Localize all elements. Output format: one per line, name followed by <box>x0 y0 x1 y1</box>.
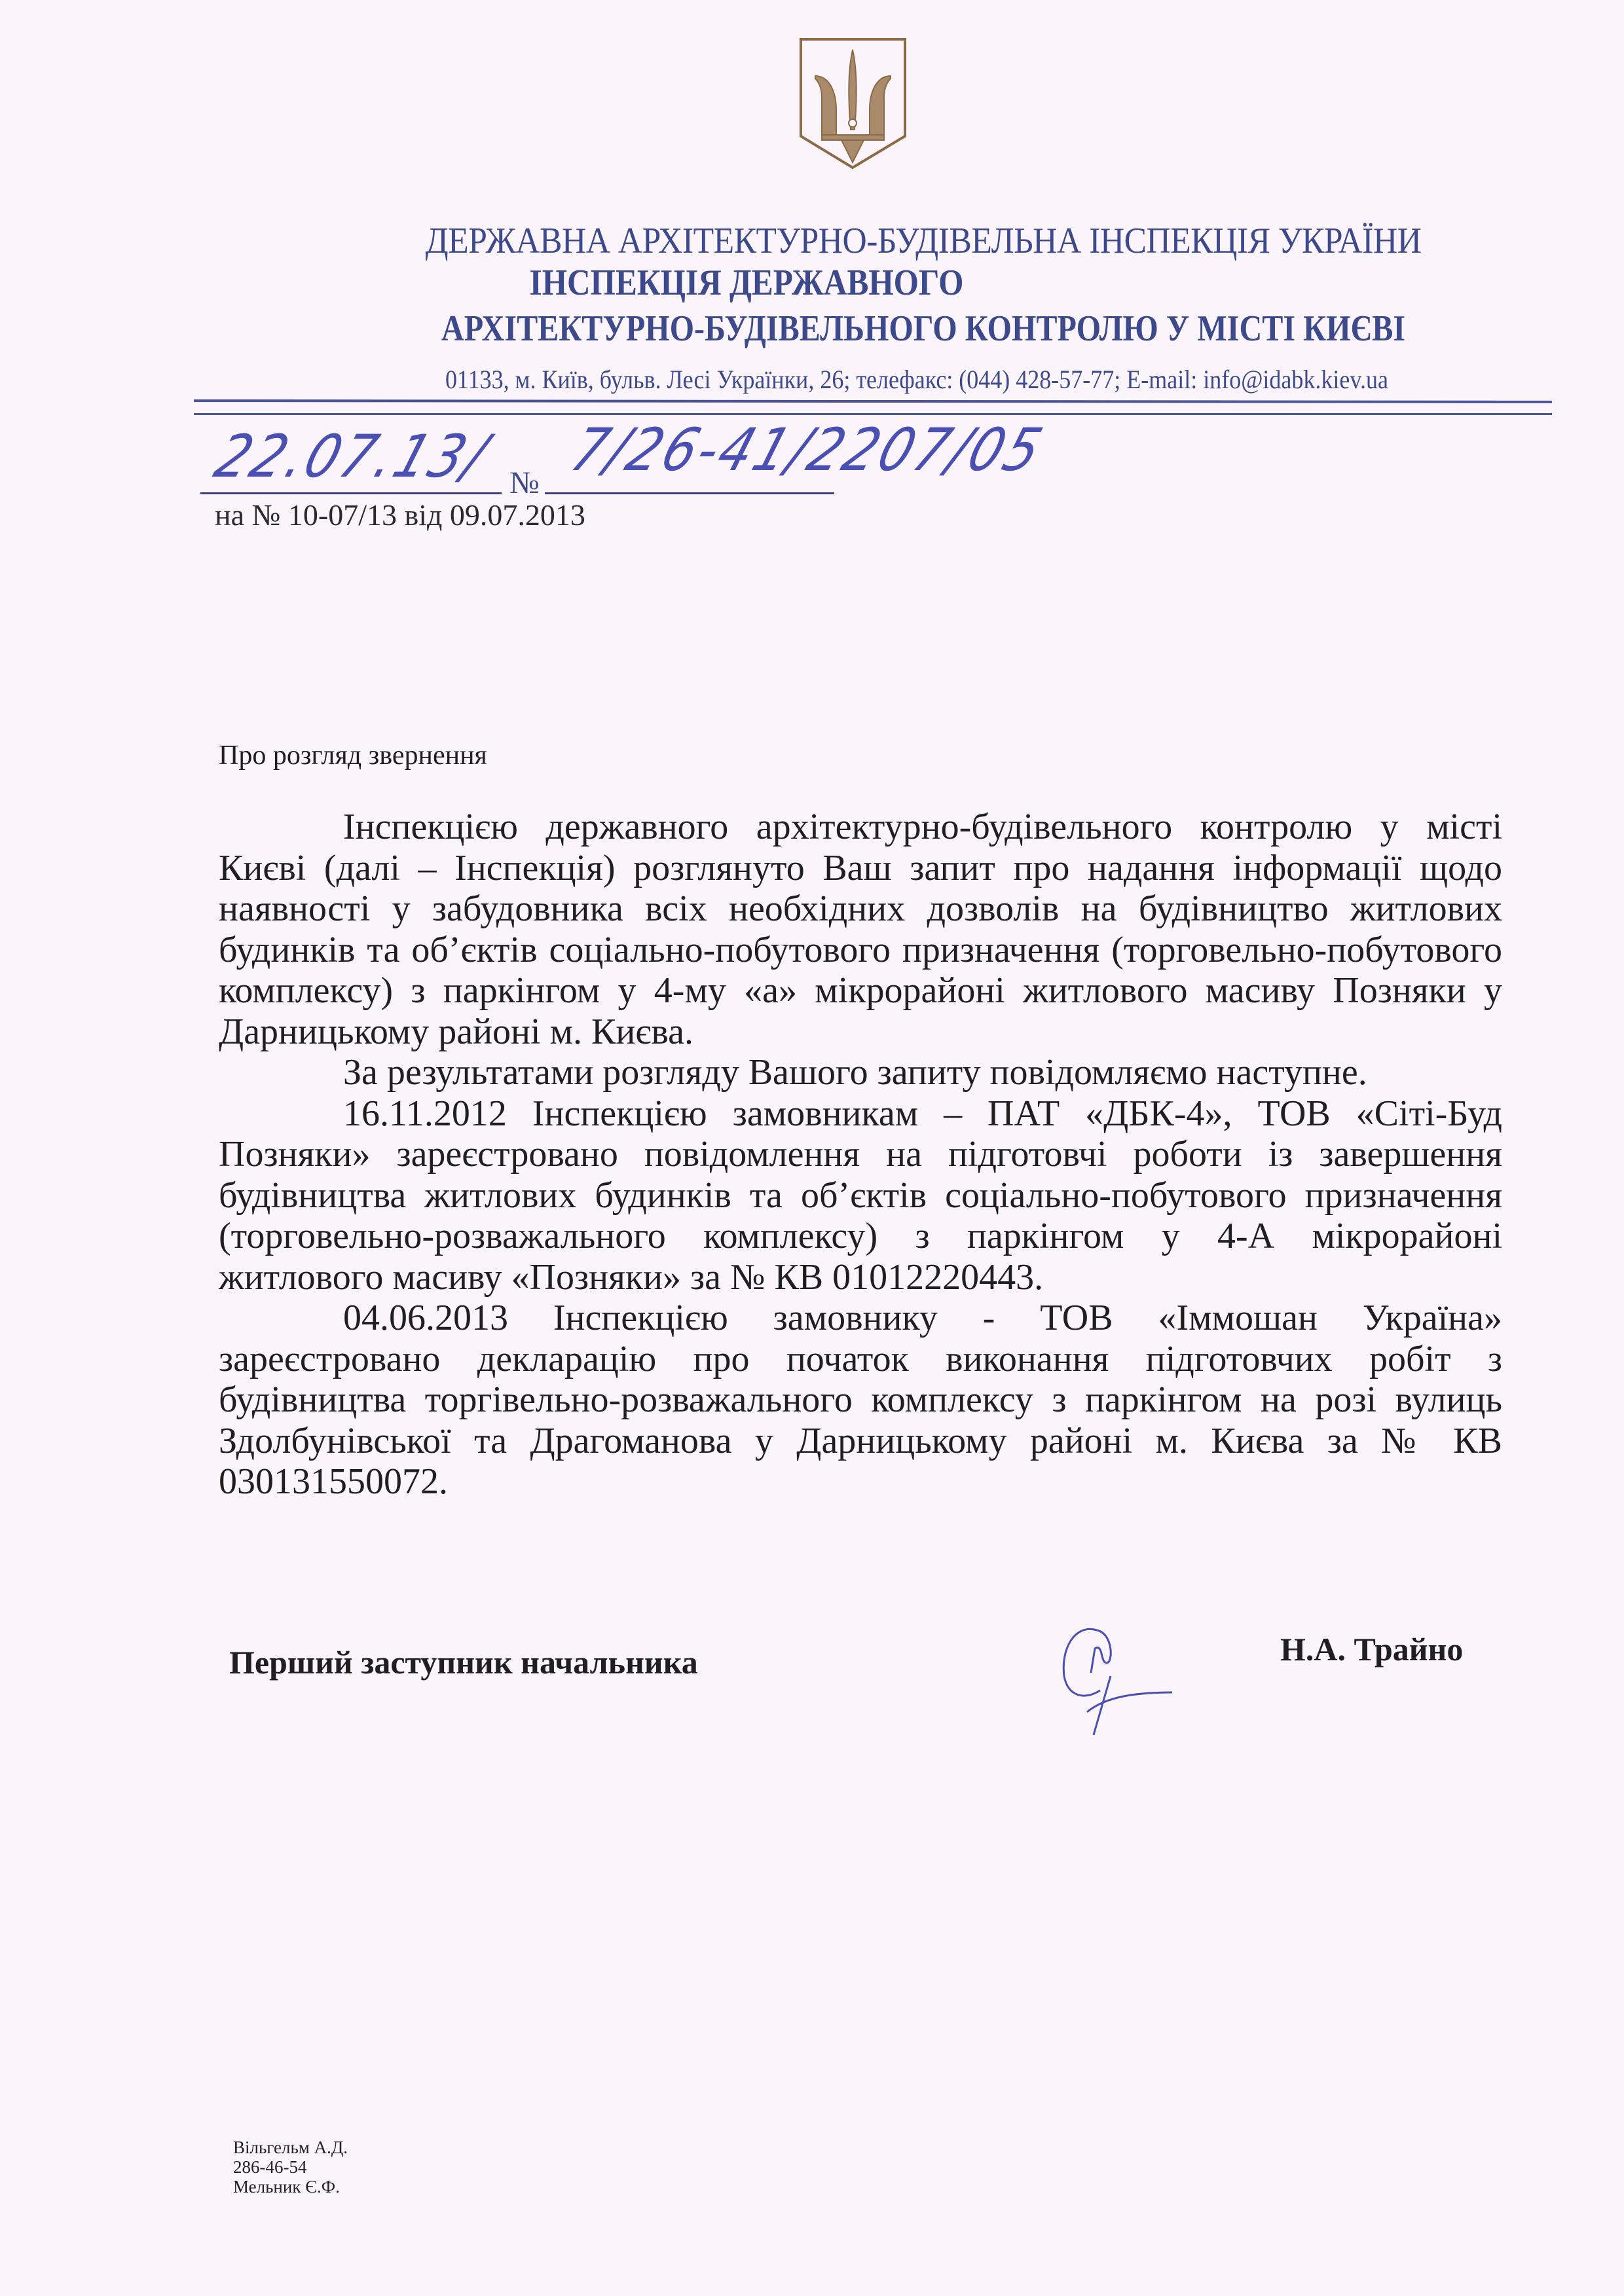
body-paragraph: Інспекцією державного архітектурно-будів… <box>219 807 1502 1052</box>
executor-name: Вільгельм А.Д. <box>233 2138 348 2157</box>
contact-info: 01133, м. Київ, бульв. Лесі Українки, 26… <box>398 364 1435 395</box>
number-label: № <box>509 465 540 501</box>
agency-name: ДЕРЖАВНА АРХІТЕКТУРНО-БУДІВЕЛЬНА ІНСПЕКЦ… <box>387 220 1460 262</box>
coat-of-arms-icon <box>796 31 910 172</box>
inspection-name-line1: ІНСПЕКЦІЯ ДЕРЖАВНОГО <box>389 262 1103 304</box>
signatory-name: Н.А. Трайно <box>1280 1630 1463 1668</box>
reply-reference: на № 10-07/13 від 09.07.2013 <box>215 498 585 532</box>
body-paragraph: 04.06.2013 Інспекцією замовнику - ТОВ «І… <box>219 1298 1502 1503</box>
date-underline <box>200 492 502 494</box>
number-underline <box>545 492 834 494</box>
signatory-title: Перший заступник начальника <box>229 1643 698 1681</box>
inspection-name-line2: АРХІТЕКТУРНО-БУДІВЕЛЬНОГО КОНТРОЛЮ У МІС… <box>422 308 1425 350</box>
executor-phone: 286-46-54 <box>233 2157 348 2177</box>
subject-line: Про розгляд звернення <box>219 740 487 771</box>
registration-date: 22.07.13/ <box>207 424 497 492</box>
executors-block: Вільгельм А.Д. 286-46-54 Мельник Є.Ф. <box>233 2138 348 2196</box>
executor-name: Мельник Є.Ф. <box>233 2177 348 2196</box>
letterhead-divider-top <box>194 399 1552 403</box>
registration-number: 7/26-41/2207/05 <box>563 417 1052 485</box>
letter-body: Інспекцією державного архітектурно-будів… <box>219 807 1502 1503</box>
body-paragraph: 16.11.2012 Інспекцією замовникам – ПАТ «… <box>219 1093 1502 1298</box>
handwritten-signature-icon <box>1048 1617 1192 1741</box>
body-paragraph: За результатами розгляду Вашого запиту п… <box>219 1052 1502 1093</box>
letterhead-divider-bottom <box>194 413 1552 415</box>
